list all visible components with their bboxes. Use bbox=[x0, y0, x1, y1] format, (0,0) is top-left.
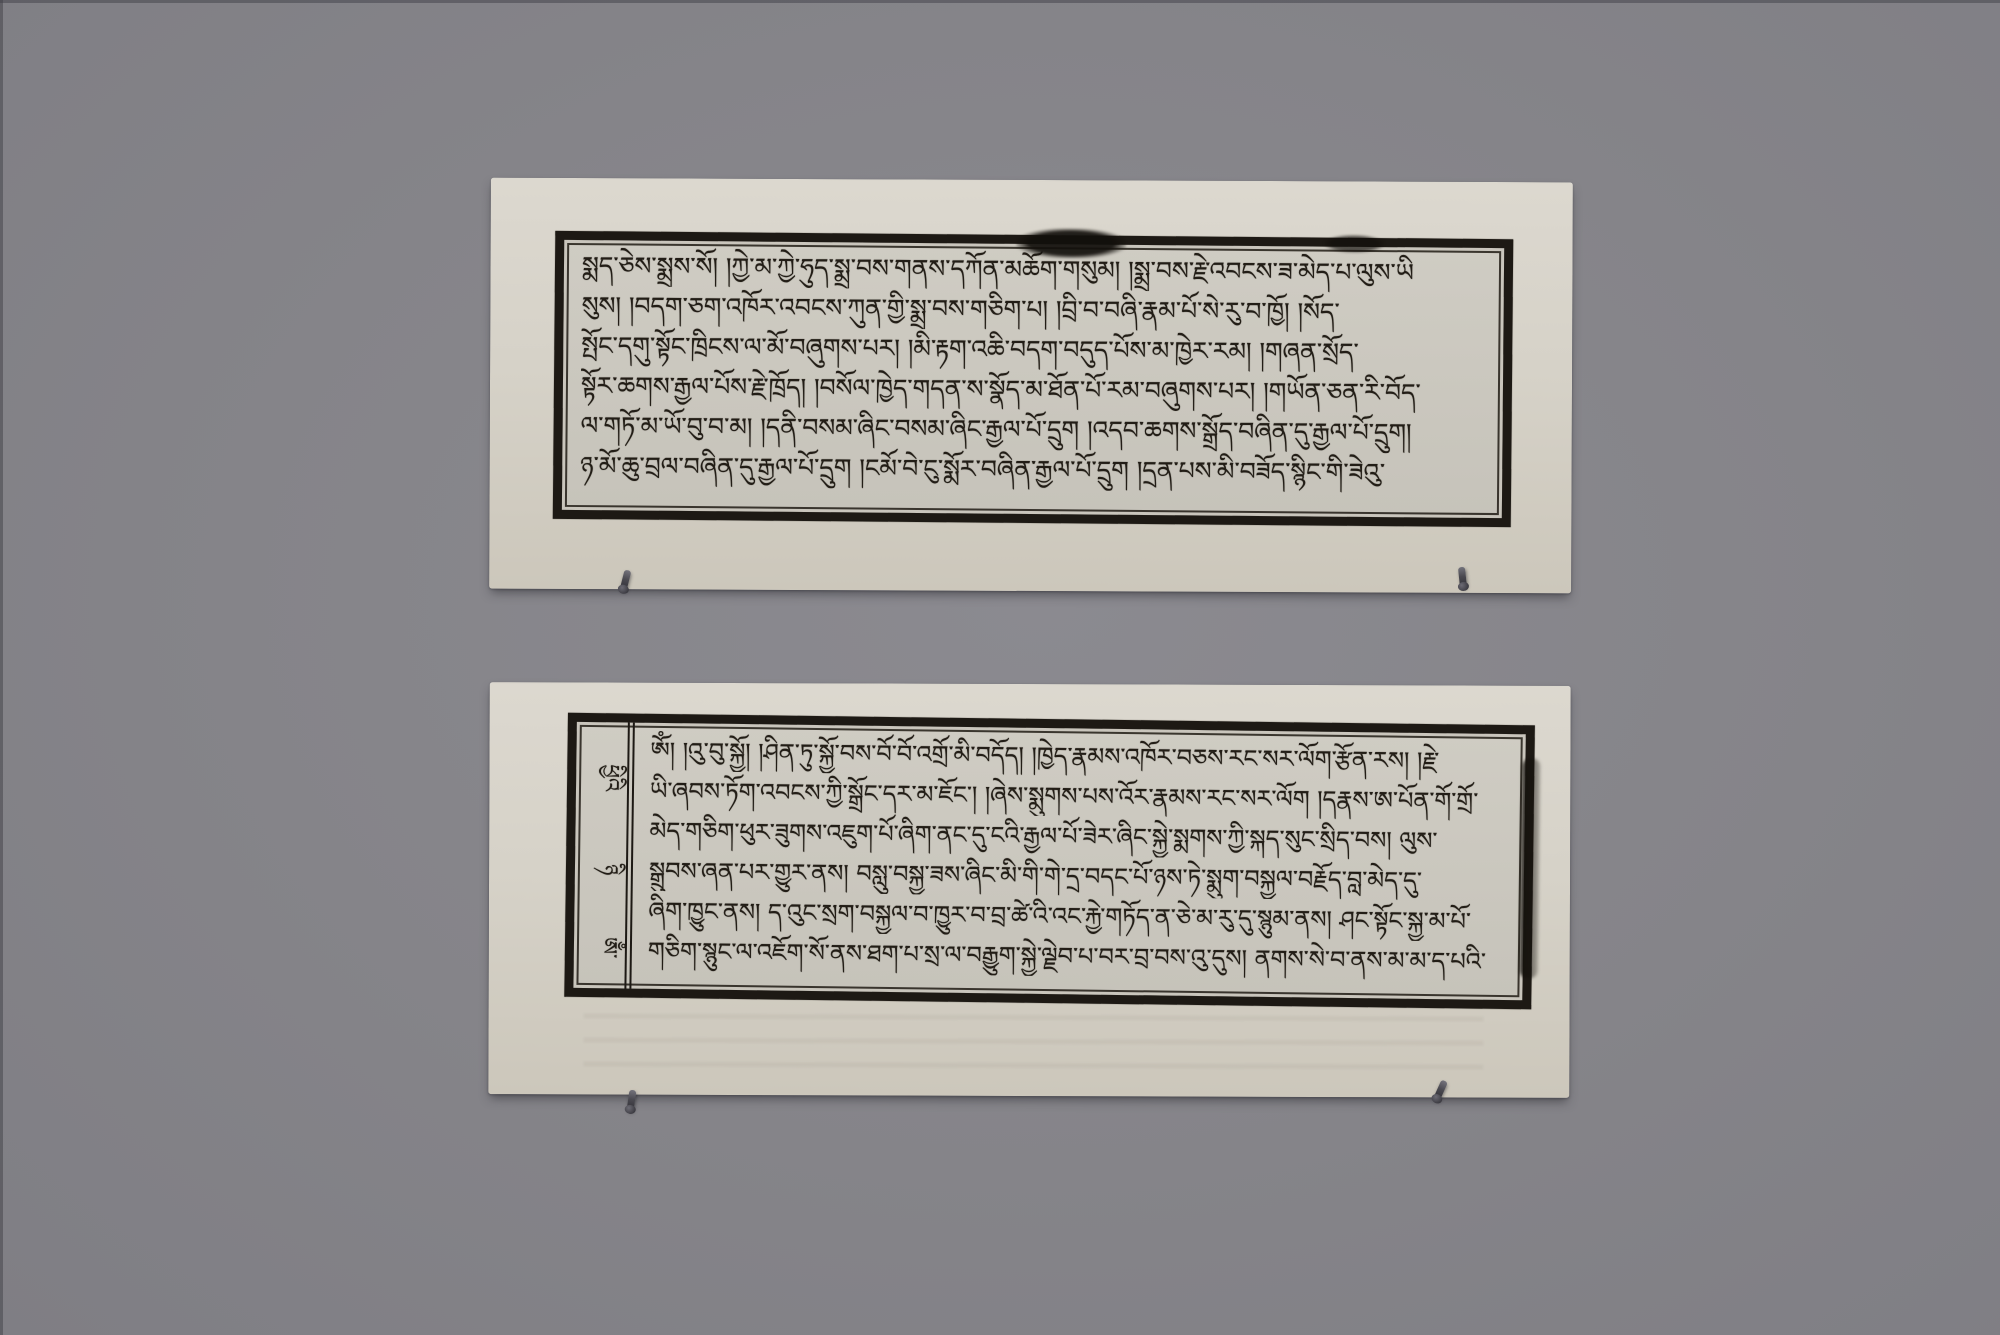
bottom-leaf-text-block: ༀ། །འུ་བུ་སྐྱོ། །ཤིན་ཏུ་སྐྱོ་བས་བོ་བོ་འག… bbox=[631, 723, 1525, 1001]
photo-top-edge-line bbox=[0, 0, 2000, 3]
ink-smudge bbox=[1520, 758, 1541, 978]
ink-smudge bbox=[1016, 228, 1126, 259]
top-leaf-print-frame: སྨད་ཅེས་སྨྲས་སོ། །ཀྱེ་མ་ཀྱེ་ཧུད་སྨྲ་བས་ག… bbox=[553, 231, 1513, 527]
margin-text: ཨྃ་ bbox=[573, 924, 633, 971]
ink-smudge bbox=[1324, 235, 1384, 254]
margin-text: ཕྱིའི bbox=[575, 754, 635, 801]
margin-column: ཕྱིའི ཉི ཨྃ་ bbox=[573, 722, 634, 989]
bottom-leaf-print-frame: ཕྱིའི ཉི ཨྃ་ ༀ། །འུ་བུ་སྐྱོ། །ཤིན་ཏུ་སྐྱ… bbox=[564, 713, 1535, 1010]
margin-text: ཉི bbox=[574, 846, 634, 893]
photo-of-manuscript-leaves: { "photo": { "description": "Photograph … bbox=[0, 0, 2000, 1335]
ink-bleed-through bbox=[583, 1013, 1483, 1078]
mounting-pin bbox=[627, 1090, 637, 1112]
bottom-leaf: ཕྱིའི ཉི ཨྃ་ ༀ། །འུ་བུ་སྐྱོ། །ཤིན་ཏུ་སྐྱ… bbox=[488, 682, 1570, 1098]
top-leaf: སྨད་ཅེས་སྨྲས་སོ། །ཀྱེ་མ་ཀྱེ་ཧུད་སྨྲ་བས་ག… bbox=[489, 178, 1573, 594]
photo-left-edge-line bbox=[0, 0, 3, 1335]
text-line: ཉ་མོ་ཆུ་བྲལ་བཞིན་དུ་རྒྱལ་པོ་དྲུག །ངམོ་བེ… bbox=[580, 446, 1490, 494]
